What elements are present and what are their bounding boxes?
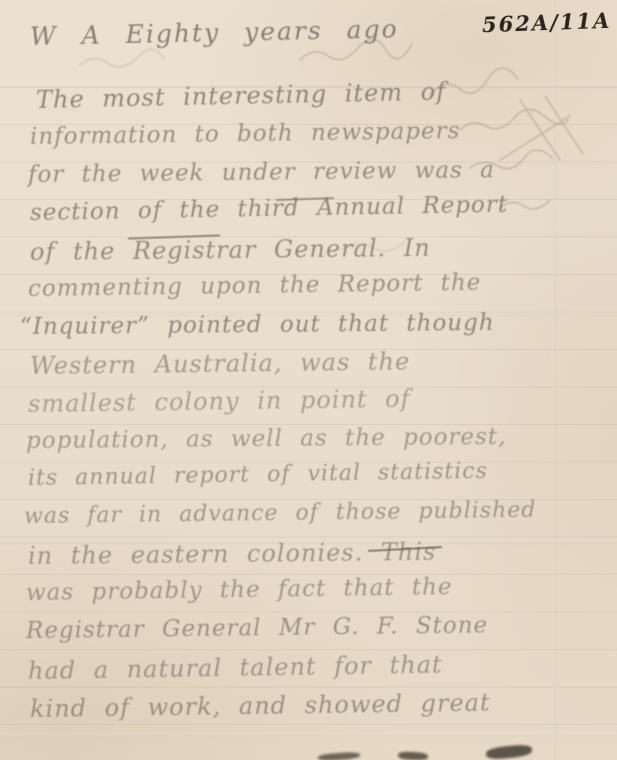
manuscript-line: “Inquirer” pointed out that though [20, 310, 495, 340]
paper-crease [0, 733, 617, 736]
manuscript-line: section of the third Annual Report [30, 192, 509, 226]
manuscript-line: smallest colony in point of [28, 385, 411, 418]
manuscript-line: information to both newspapers [30, 118, 461, 150]
page-heading: W A Eighty years ago [30, 14, 399, 51]
manuscript-line: for the week under review was a [28, 157, 495, 188]
manuscript-line: its annual report of vital statistics [28, 459, 488, 491]
cut-off-writing-mark [398, 751, 428, 760]
manuscript-line: commenting upon the Report the [28, 270, 482, 302]
manuscript-page: 562A/11A W A Eighty years ago The most i… [0, 0, 617, 760]
cut-off-writing-mark [485, 744, 532, 760]
manuscript-line: in the eastern colonies. This [28, 538, 437, 570]
manuscript-line: population, as well as the poorest, [26, 424, 507, 454]
manuscript-line: had a natural talent for that [28, 650, 443, 685]
manuscript-line: Registrar General Mr G. F. Stone [26, 612, 488, 644]
cut-off-writing-mark [318, 752, 360, 760]
manuscript-line: was far in advance of those published [24, 498, 537, 529]
show-through-writing [0, 0, 617, 760]
archive-reference: 562A/11A [482, 8, 612, 37]
manuscript-line: Western Australia, was the [30, 347, 411, 380]
manuscript-line: The most interesting item of [36, 77, 447, 114]
paper-crease [552, 0, 555, 760]
manuscript-line: kind of work, and showed great [30, 689, 491, 723]
manuscript-line: was probably the fact that the [26, 574, 453, 606]
manuscript-line: of the Registrar General. In [30, 234, 431, 266]
